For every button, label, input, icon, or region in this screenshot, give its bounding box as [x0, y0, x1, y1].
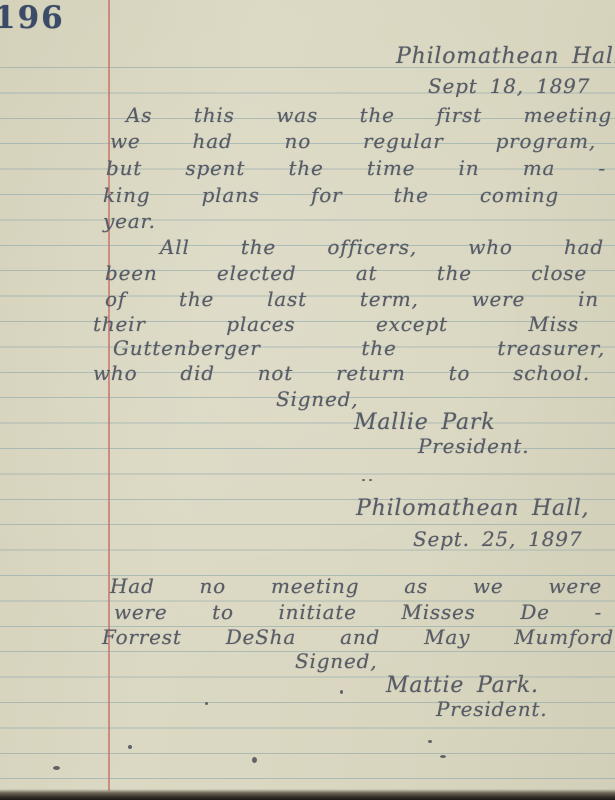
handwritten-line: who did not return to school.: [93, 363, 590, 383]
handwritten-line: were to initiate Misses De -: [114, 602, 602, 622]
handwritten-line: As this was the first meeting: [126, 105, 612, 125]
ink-speck: [252, 757, 257, 763]
handwritten-line: been elected at the close: [105, 263, 587, 283]
handwritten-line: year.: [103, 211, 156, 231]
entry-heading: Philomathean Hall,: [356, 498, 589, 520]
ink-speck: [340, 690, 343, 694]
signature-title: President.: [436, 699, 547, 719]
signature-name: Mallie Park: [354, 412, 495, 434]
signature-signed: Signed,: [295, 651, 377, 671]
handwritten-line: king plans for the coming: [103, 185, 559, 205]
ink-speck: [428, 740, 432, 743]
handwritten-line: Guttenberger the treasurer,: [113, 338, 605, 358]
signature-signed: Signed,: [276, 389, 358, 409]
ink-speck: [369, 479, 372, 481]
ledger-page: 196 Philomathean Hall Sept 18, 1897 As t…: [0, 0, 615, 800]
handwritten-line: we had no regular program,: [110, 131, 596, 151]
ink-speck: [205, 702, 208, 705]
ink-speck: [128, 745, 132, 749]
handwritten-line: their places except Miss: [93, 314, 579, 334]
ink-speck: [53, 766, 60, 770]
ink-speck: [440, 755, 446, 758]
handwritten-line: of the last term, were in: [105, 289, 599, 309]
signature-title: President.: [418, 436, 529, 456]
page-bottom-edge: [0, 789, 615, 800]
handwritten-line: but spent the time in ma -: [106, 158, 606, 178]
signature-name: Mattie Park.: [386, 675, 539, 697]
entry-date: Sept. 25, 1897: [413, 529, 582, 549]
entry-date: Sept 18, 1897: [428, 76, 590, 96]
entry-heading: Philomathean Hall: [396, 46, 615, 68]
handwritten-line: Had no meeting as we were: [110, 576, 602, 596]
handwritten-line: All the officers, who had: [160, 237, 604, 257]
page-number: 196: [0, 0, 65, 36]
ink-speck: [362, 479, 365, 481]
handwritten-line: Forrest DeSha and May Mumford: [102, 627, 614, 647]
margin-line: [108, 0, 110, 791]
